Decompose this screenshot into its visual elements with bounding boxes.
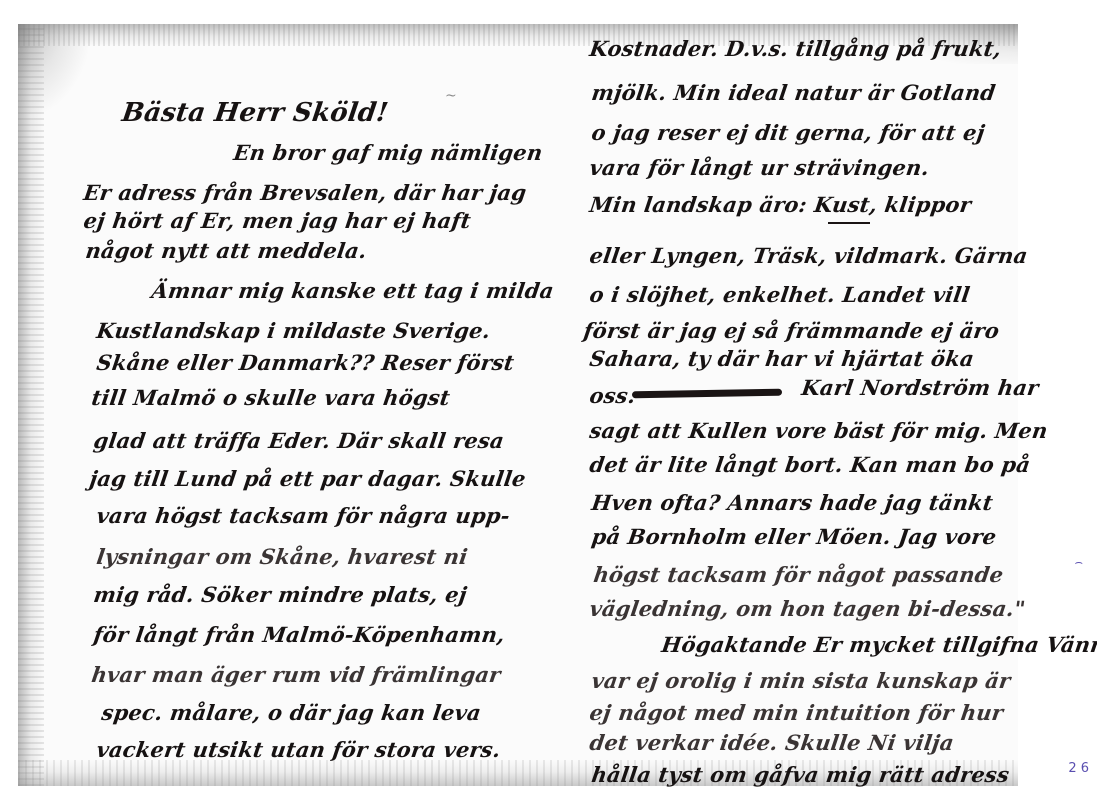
letter-line: ej något med min intuition för hur [588, 700, 1005, 725]
letter-line: En bror gaf mig nämligen [232, 140, 544, 165]
letter-line: lysningar om Skåne, hvarest ni [95, 544, 469, 569]
letter-line: Kustlandskap i mildaste Sverige. [95, 318, 492, 343]
letter-line: vägledning, om hon tagen bi-dessa." [588, 596, 1027, 621]
letter-line: Kostnader. D.v.s. tillgång på frukt, [588, 36, 1003, 61]
letter-line: Sahara, ty där har vi hjärtat öka [588, 346, 976, 371]
letter-line: vara högst tacksam för några upp- [95, 503, 512, 528]
letter-line: oss. [588, 383, 637, 408]
letter-line: hålla tyst om gåfva mig rätt adress [590, 762, 1011, 787]
letter-line: Min landskap äro: Kust, klippor [588, 192, 973, 217]
letter-line: glad att träffa Eder. Där skall resa [92, 428, 506, 453]
letter-line: först är jag ej så främmande ej äro [582, 318, 1001, 343]
letter-line: mig råd. Söker mindre plats, ej [92, 582, 469, 607]
margin-tick-mark: ⌢ [1074, 556, 1083, 570]
underline-kust [828, 222, 870, 224]
letter-line: eller Lyngen, Träsk, vildmark. Gärna [588, 243, 1029, 268]
letter-line: var ej orolig i min sista kunskap är [590, 668, 1012, 693]
letter-line: ej hört af Er, men jag har ej haft [82, 208, 473, 233]
archive-mark: 2 6 [1068, 762, 1089, 776]
letter-line: Er adress från Brevsalen, där har jag [82, 180, 528, 205]
letter-line: det är lite långt bort. Kan man bo på [588, 452, 1032, 477]
letter-line: Högaktande Er mycket tillgifna Vännen [660, 632, 1097, 657]
letter-line: sagt att Kullen vore bäst för mig. Men [588, 418, 1049, 443]
letter-line: hvar man äger rum vid främlingar [90, 662, 502, 687]
letter-line: Karl Nordström har [800, 375, 1040, 400]
letter-line: vara för långt ur strävingen. [588, 155, 931, 180]
letter-line: Ämnar mig kanske ett tag i milda [150, 278, 555, 303]
ink-smudge: ~ [445, 88, 457, 104]
scan-shadow-top-left [18, 24, 88, 114]
letter-line: mjölk. Min ideal natur är Gotland [590, 80, 997, 105]
letter-line: Hven ofta? Annars hade jag tänkt [590, 490, 995, 515]
letter-line: Skåne eller Danmark?? Reser först [95, 350, 516, 375]
letter-line: på Bornholm eller Möen. Jag vore [590, 524, 998, 549]
letter-line: o i slöjhet, enkelhet. Landet vill [588, 282, 972, 307]
salutation: Bästa Herr Sköld! [120, 98, 390, 128]
letter-line: något nytt att meddela. [84, 238, 368, 263]
letter-line: högst tacksam för något passande [592, 562, 1005, 587]
letter-line: för långt från Malmö-Köpenhamn, [92, 622, 507, 647]
letter-line: spec. målare, o där jag kan leva [100, 700, 483, 725]
letter-line: vackert utsikt utan för stora vers. [95, 737, 502, 762]
scan-border-left [18, 24, 44, 786]
letter-line: jag till Lund på ett par dagar. Skulle [88, 466, 528, 491]
letter-line: o jag reser ej dit gerna, för att ej [590, 120, 986, 145]
letter-line: till Malmö o skulle vara högst [90, 385, 452, 410]
letter-line: det verkar idée. Skulle Ni vilja [588, 730, 956, 755]
